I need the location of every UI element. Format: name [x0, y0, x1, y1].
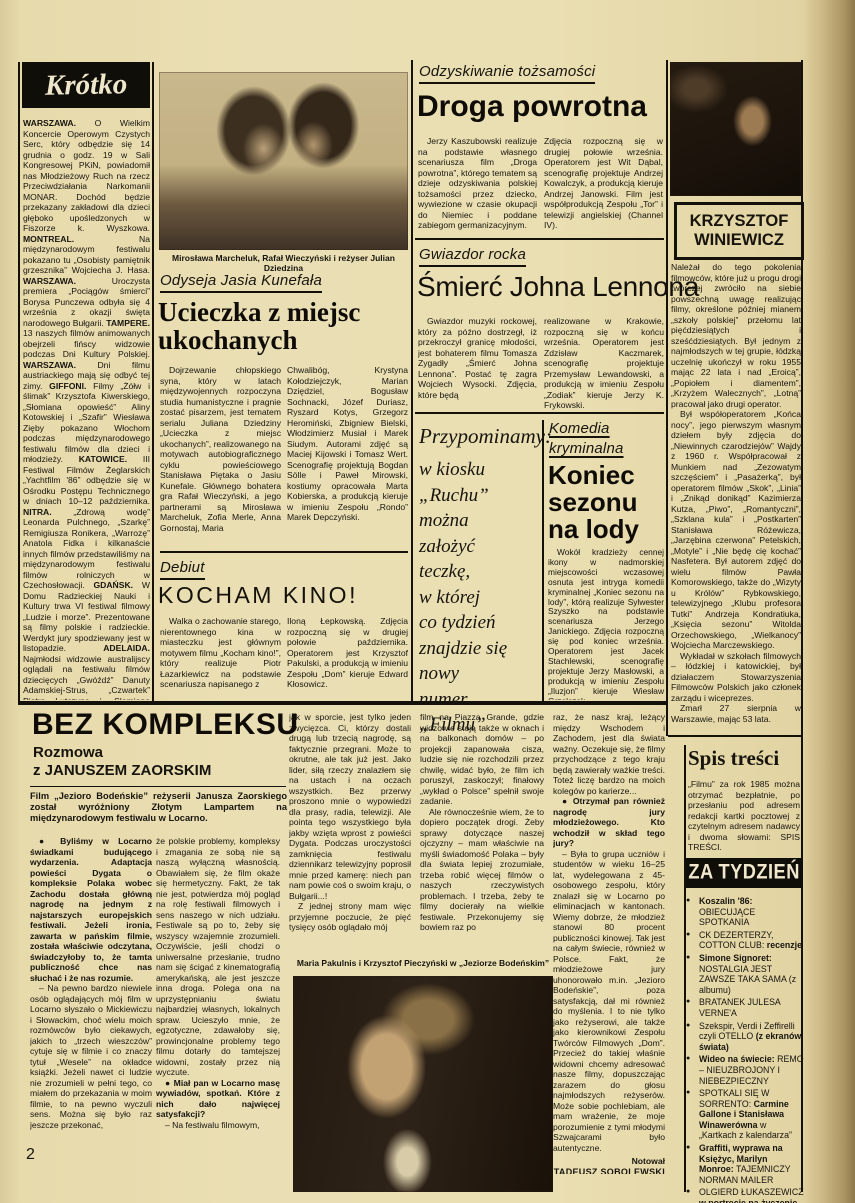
paragraph: Z jednej strony mam więc przyjemne poczu… — [289, 901, 411, 933]
paragraph: Ale równocześnie wiem, że to dopiero poc… — [420, 807, 544, 933]
article-text: Dojrzewanie chłopskiego syna, który w la… — [160, 365, 281, 547]
promo-body: w kiosku „Ruchu” można założyć teczkę, w… — [419, 457, 537, 738]
za-tydzien-item: ●BRATANEK JULESA VERNE'A — [686, 997, 804, 1018]
krotko-section-header: Krótko — [22, 62, 150, 108]
paragraph: ● Byliśmy w Locarno świadkami budującego… — [30, 836, 152, 983]
interview-author: TADEUSZ SOBOLEWSKI — [553, 1167, 665, 1175]
za-tydzien-item: ●Graffiti, wyprawa na Księżyc, Marilyn M… — [686, 1143, 804, 1185]
headline-kocham-kino: KOCHAM KINO! — [158, 582, 358, 609]
za-tydzien-list: ●Koszalin '86: OBIECUJĄCE SPOTKANIA●CK D… — [686, 896, 804, 1203]
page-number: 2 — [26, 1146, 35, 1164]
interview-column: jak w sporcie, jest tylko jeden zwycięzc… — [289, 712, 411, 952]
divider — [160, 551, 408, 553]
bullet-icon: ● — [686, 997, 699, 1018]
divider — [542, 420, 544, 702]
kicker-gwiazdor-rocka: Gwiazdor rocka — [419, 246, 526, 267]
paragraph: – Na pewno bardzo niewiele osób oglądają… — [30, 983, 152, 1130]
za-tydzien-item: ●Simone Signoret: NOSTALGIA JEST ZAWSZE … — [686, 953, 804, 995]
za-tydzien-item: ●CK DEZERTERZY, COTTON CLUB: recenzje — [686, 930, 804, 951]
headline-droga-powrotna: Droga powrotna — [417, 90, 647, 124]
bullet-icon: ● — [686, 1187, 699, 1203]
paragraph: Był współoperatorem „Końca nocy”, jego p… — [671, 409, 801, 651]
za-tydzien-item: ●Koszalin '86: OBIECUJĄCE SPOTKANIA — [686, 896, 804, 928]
paragraph: Należał do tego pokolenia filmowców, któ… — [671, 262, 801, 409]
interview-column: że polskie problemy, kompleksy i zmagani… — [156, 836, 280, 1156]
kicker-debiut: Debiut — [160, 559, 205, 580]
headline-bez-kompleksu: BEZ KOMPLEKSU — [32, 708, 299, 742]
obituary-header: KRZYSZTOF WINIEWICZ — [674, 202, 804, 260]
divider — [18, 62, 20, 704]
za-tydzien-item: ●OLGIERD ŁUKASZEWICZ w portrecie na życz… — [686, 1187, 804, 1203]
headline-ucieczka: Ucieczka z miejsc ukochanych — [158, 298, 410, 354]
section-divider — [18, 701, 668, 705]
bullet-icon: ● — [686, 1021, 699, 1053]
bullet-icon: ● — [686, 930, 699, 951]
kicker-odzyskiwanie: Odzyskiwanie tożsamości — [419, 63, 595, 84]
divider — [30, 786, 286, 787]
interview-lead: Film „Jezioro Bodeńskie” reżyserii Janus… — [30, 791, 287, 824]
paragraph: ● Otrzymał pan również nagrodę jury młod… — [553, 796, 665, 849]
paragraph: raz, że nasz kraj, leżący między Wschode… — [553, 712, 665, 796]
spis-tresci-title: Spis treści — [688, 746, 779, 771]
article-text: Zdjęcia rozpoczną się w drugiej połowie … — [544, 136, 663, 234]
obituary-name: KRZYSZTOF WINIEWICZ — [677, 212, 801, 250]
divider — [415, 412, 664, 414]
paragraph: Wykładał w szkołach filmowych – łódzkiej… — [671, 651, 801, 704]
page-edge-shadow — [803, 0, 855, 1203]
paragraph: – Na festiwalu filmowym, — [156, 1120, 280, 1131]
divider — [668, 735, 801, 737]
kicker-odyseja: Odyseja Jasia Kunefała — [160, 272, 322, 293]
portrait-photo — [670, 62, 801, 196]
article-text: Chwalibóg, Krystyna Kołodziejczyk, Maria… — [287, 365, 408, 547]
paragraph: film na Piazza Grande, gdzie widzowie st… — [420, 712, 544, 807]
promo-title: Przypominamy: — [419, 424, 537, 449]
paragraph: ● Miał pan w Locarno masę wywiadów, spot… — [156, 1078, 280, 1120]
interview-column-text: raz, że nasz kraj, leżący między Wschode… — [553, 712, 665, 1153]
article-text: Wokół kradzieży cennej ikony w nadmorski… — [548, 548, 664, 700]
subhead-line2: z JANUSZEM ZAORSKIM — [33, 762, 211, 780]
headline-koniec-sezonu: Koniec sezonu na lody — [548, 462, 660, 543]
bullet-icon: ● — [686, 1088, 699, 1141]
signoff-label: Notował — [553, 1156, 665, 1167]
spis-tresci-text: „Filmu” za rok 1985 można otrzymać bezpł… — [688, 779, 800, 855]
za-tydzien-item: ●SPOTKALI SIĘ W SORRENTO: Carmine Gallon… — [686, 1088, 804, 1141]
za-tydzien-title: ZA TYDZIEŃ — [689, 861, 801, 886]
kicker-komedia-kryminalna: Komedia kryminalna — [549, 419, 649, 461]
film-still-photo — [293, 976, 553, 1192]
divider — [666, 60, 668, 736]
bullet-icon: ● — [686, 896, 699, 928]
divider — [411, 60, 413, 704]
divider — [415, 238, 664, 240]
photo-caption: Maria Pakulnis i Krzysztof Pieczyński w … — [293, 958, 553, 968]
headline-lennon: Śmierć Johna Lennona — [417, 271, 699, 303]
paragraph: że polskie problemy, kompleksy i zmagani… — [156, 836, 280, 1078]
paragraph: Zmarł 27 sierpnia w Warszawie, mając 53 … — [671, 703, 801, 724]
interview-subhead: Rozmowa z JANUSZEM ZAORSKIM — [33, 744, 211, 780]
promo-przypominamy: Przypominamy: w kiosku „Ruchu” można zał… — [419, 424, 537, 738]
interview-column: ● Byliśmy w Locarno świadkami budującego… — [30, 836, 152, 1138]
paragraph: – Była to grupa uczniów i studentów w wi… — [553, 849, 665, 1154]
paragraph: jak w sporcie, jest tylko jeden zwycięzc… — [289, 712, 411, 901]
subhead-line1: Rozmowa — [33, 744, 211, 762]
za-tydzien-item: ●Wideo na świecie: REMO – NIEUZBROJONY I… — [686, 1054, 804, 1086]
bullet-icon: ● — [686, 1054, 699, 1086]
article-text: realizowane w Krakowie, rozpoczną się w … — [544, 316, 664, 410]
article-text: Walka o zachowanie starego, nierentowneg… — [160, 616, 281, 700]
photo-caption: Mirosława Marcheluk, Rafał Wieczyński i … — [159, 253, 408, 273]
bullet-icon: ● — [686, 953, 699, 995]
film-still-photo — [159, 72, 408, 250]
bullet-icon: ● — [686, 1143, 699, 1185]
obituary-text: Należał do tego pokolenia filmowców, któ… — [671, 262, 801, 728]
krotko-title: Krótko — [45, 68, 128, 102]
divider — [152, 62, 154, 704]
za-tydzien-item: ●Szekspir, Verdi i Zeffirelli czyli OTEL… — [686, 1021, 804, 1053]
news-briefs-text: WARSZAWA. O Wielkim Koncercie Operowym C… — [23, 118, 150, 700]
article-text: Iloną Łepkowską. Zdjęcia rozpoczną się w… — [287, 616, 408, 700]
article-text: Gwiazdor muzyki rockowej, który za późno… — [418, 316, 537, 410]
article-text: Jerzy Kaszubowski realizuje na podstawie… — [418, 136, 537, 234]
interview-column: raz, że nasz kraj, leżący między Wschode… — [553, 712, 665, 1174]
interview-column: film na Piazza Grande, gdzie widzowie st… — [420, 712, 544, 952]
za-tydzien-header: ZA TYDZIEŃ — [686, 858, 803, 888]
magazine-page: Krótko WARSZAWA. O Wielkim Koncercie Ope… — [0, 0, 855, 1203]
